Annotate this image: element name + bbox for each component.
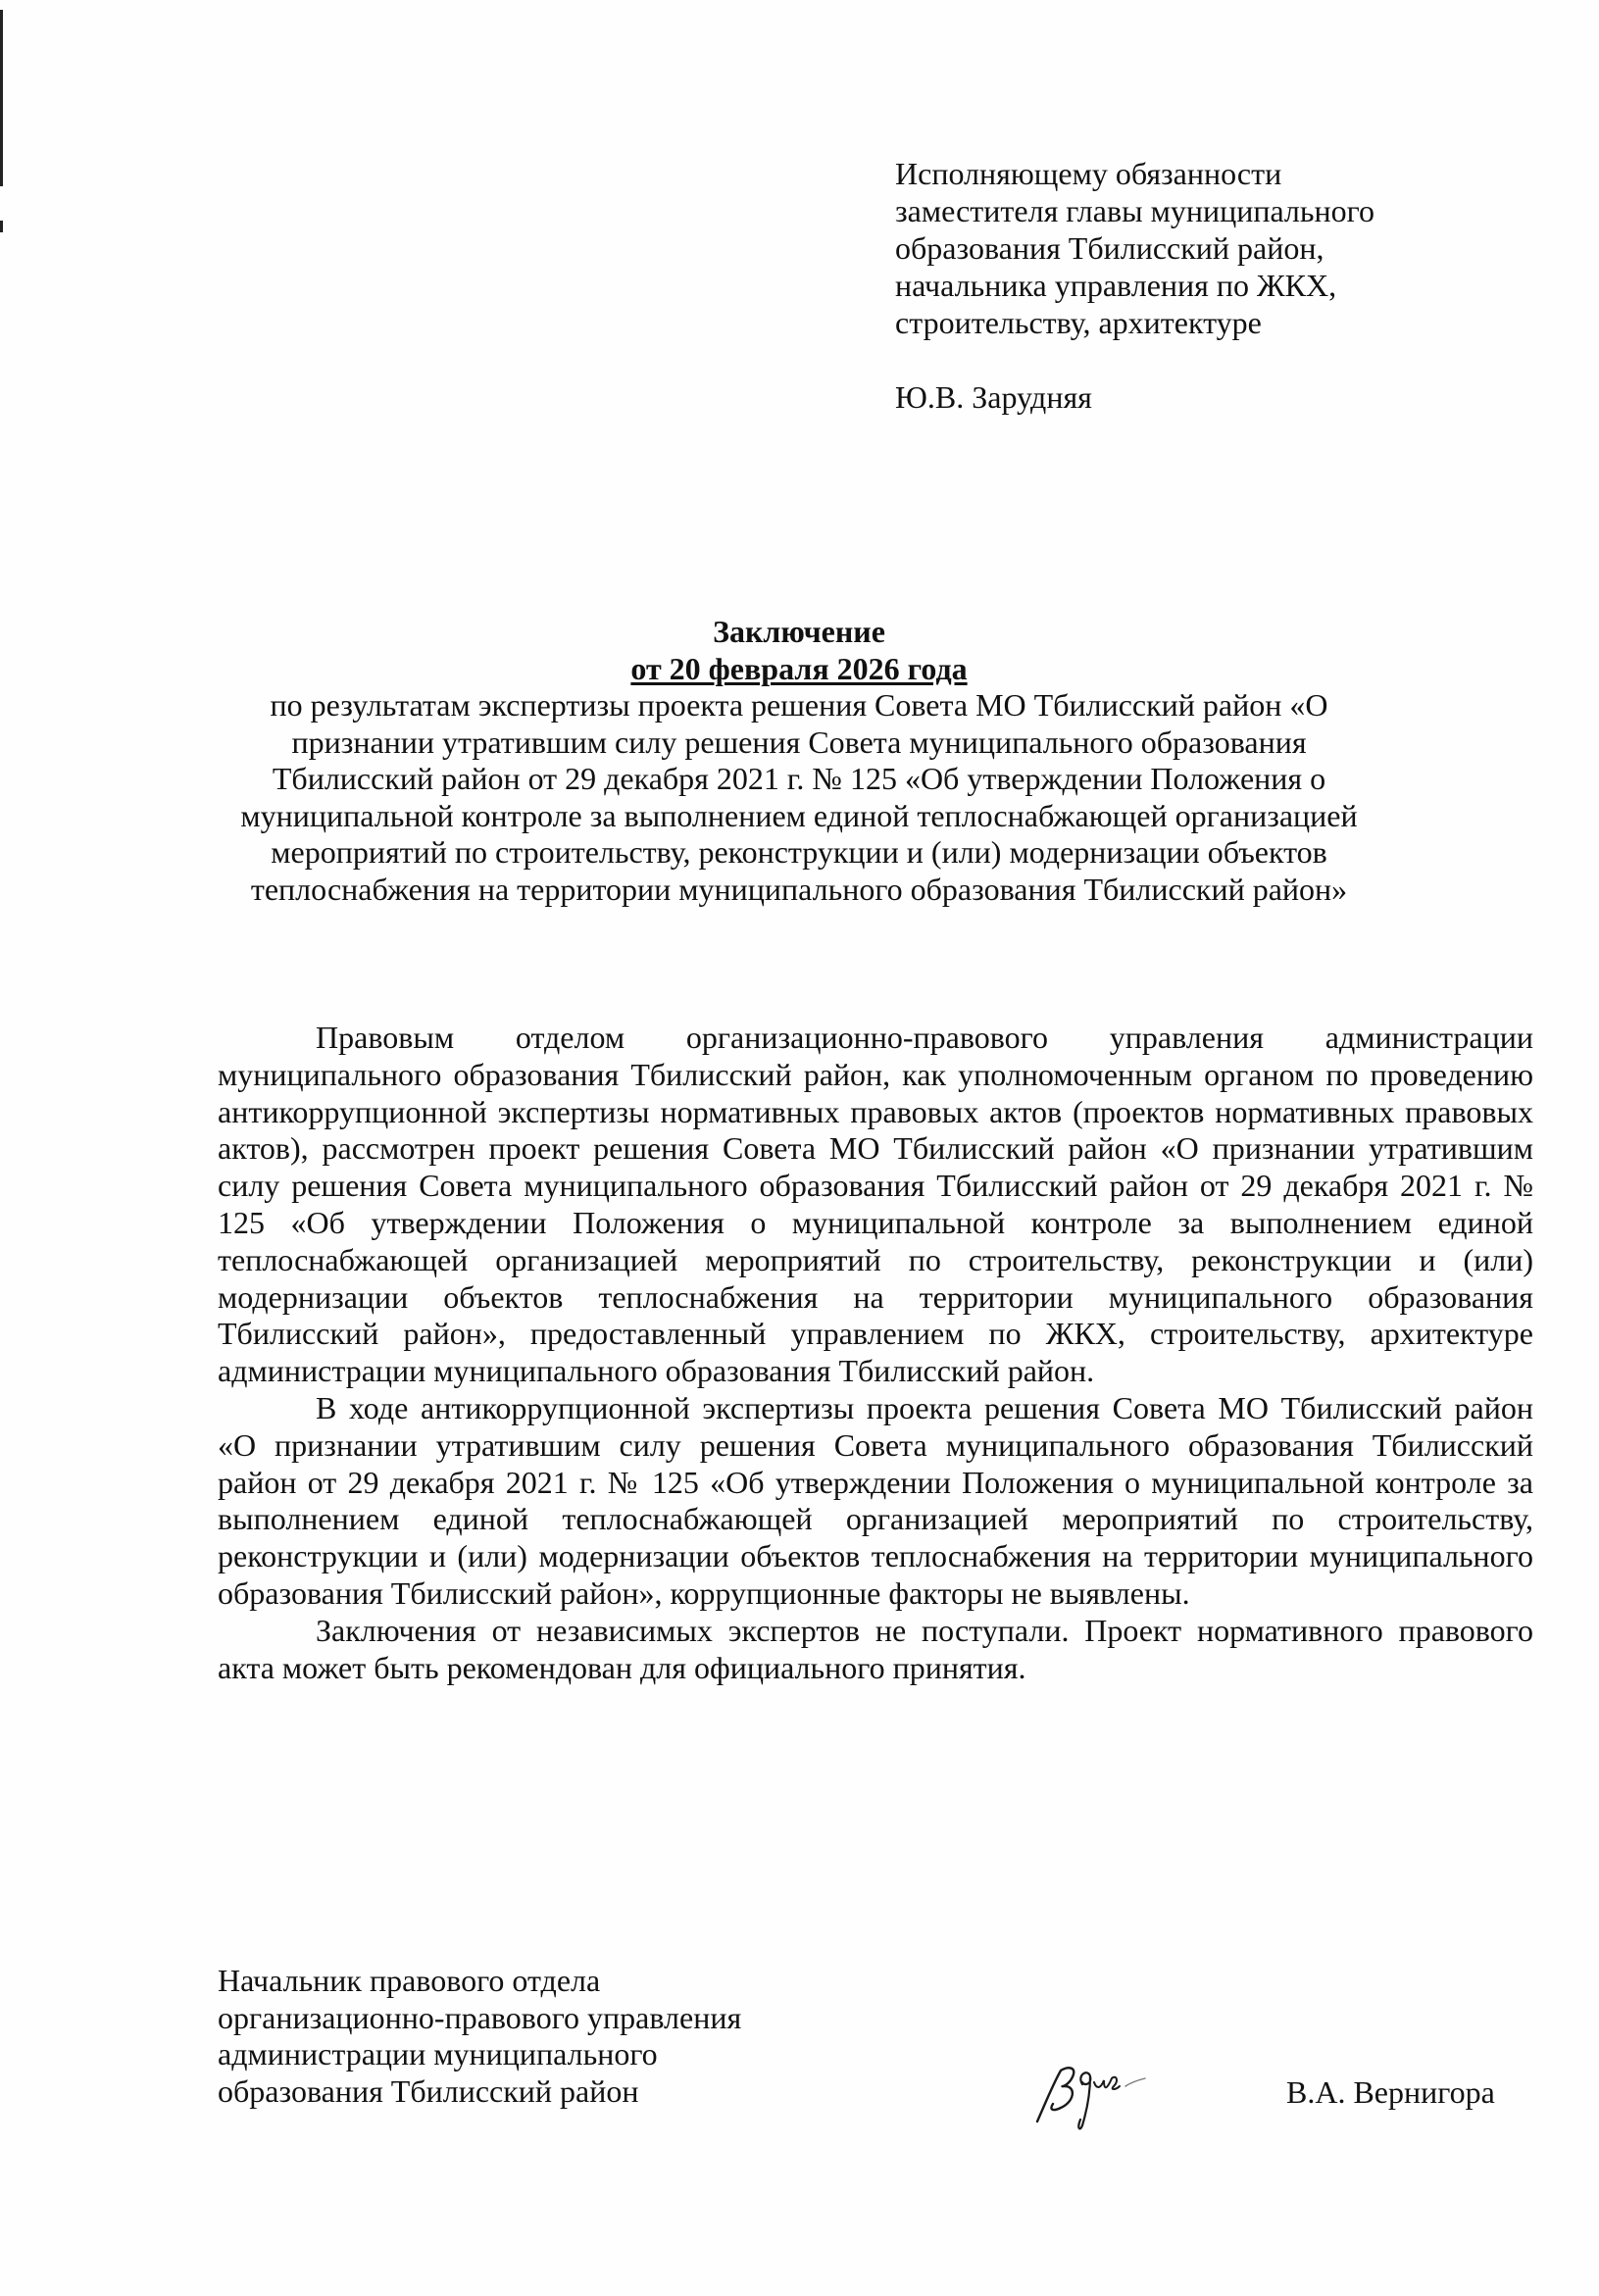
signatory-position-line: Начальник правового отдела [218, 1963, 741, 2000]
addressee-line: строительству, архитектуре [895, 304, 1374, 341]
body-paragraph: В ходе антикоррупционной экспертизы прое… [218, 1390, 1533, 1613]
subject-line: Тбилисский район от 29 декабря 2021 г. №… [196, 761, 1402, 798]
addressee-name: Ю.В. Зарудняя [895, 378, 1374, 416]
signatory-position-line: образования Тбилисский район [218, 2073, 741, 2111]
scan-edge-mark [0, 10, 3, 186]
subject-line: теплоснабжения на территории муниципальн… [196, 872, 1402, 909]
signatory-position-line: организационно-правового управления [218, 2000, 741, 2037]
document-date: от 20 февраля 2026 года [630, 651, 967, 688]
addressee-line: начальника управления по ЖКХ, [895, 267, 1374, 304]
document-page: Исполняющему обязанности заместителя гла… [0, 0, 1599, 2296]
body-paragraph: Правовым отделом организационно-правовог… [218, 1020, 1533, 1390]
scan-edge-mark [0, 221, 3, 232]
subject-line: мероприятий по строительству, реконструк… [196, 834, 1402, 872]
signatory-position-line: администрации муниципального [218, 2036, 741, 2073]
subject-line: по результатам экспертизы проекта решени… [196, 687, 1402, 724]
body-paragraph: Заключения от независимых экспертов не п… [218, 1613, 1533, 1687]
handwritten-signature-icon [1031, 2057, 1149, 2135]
subject-line: муниципальной контроле за выполнением ед… [196, 798, 1402, 835]
addressee-line: заместителя главы муниципального [895, 192, 1374, 229]
document-body: Правовым отделом организационно-правовог… [218, 1020, 1533, 1686]
subject-line: признании утратившим силу решения Совета… [196, 724, 1402, 762]
document-title-block: Заключение от 20 февраля 2026 года по ре… [196, 614, 1402, 908]
signatory-position-block: Начальник правового отдела организационн… [218, 1963, 741, 2110]
document-heading: Заключение [196, 614, 1402, 651]
addressee-line: образования Тбилисский район, [895, 229, 1374, 267]
signer-name: В.А. Вернигора [1286, 2073, 1495, 2111]
addressee-block: Исполняющему обязанности заместителя гла… [895, 155, 1374, 416]
addressee-line: Исполняющему обязанности [895, 155, 1374, 192]
